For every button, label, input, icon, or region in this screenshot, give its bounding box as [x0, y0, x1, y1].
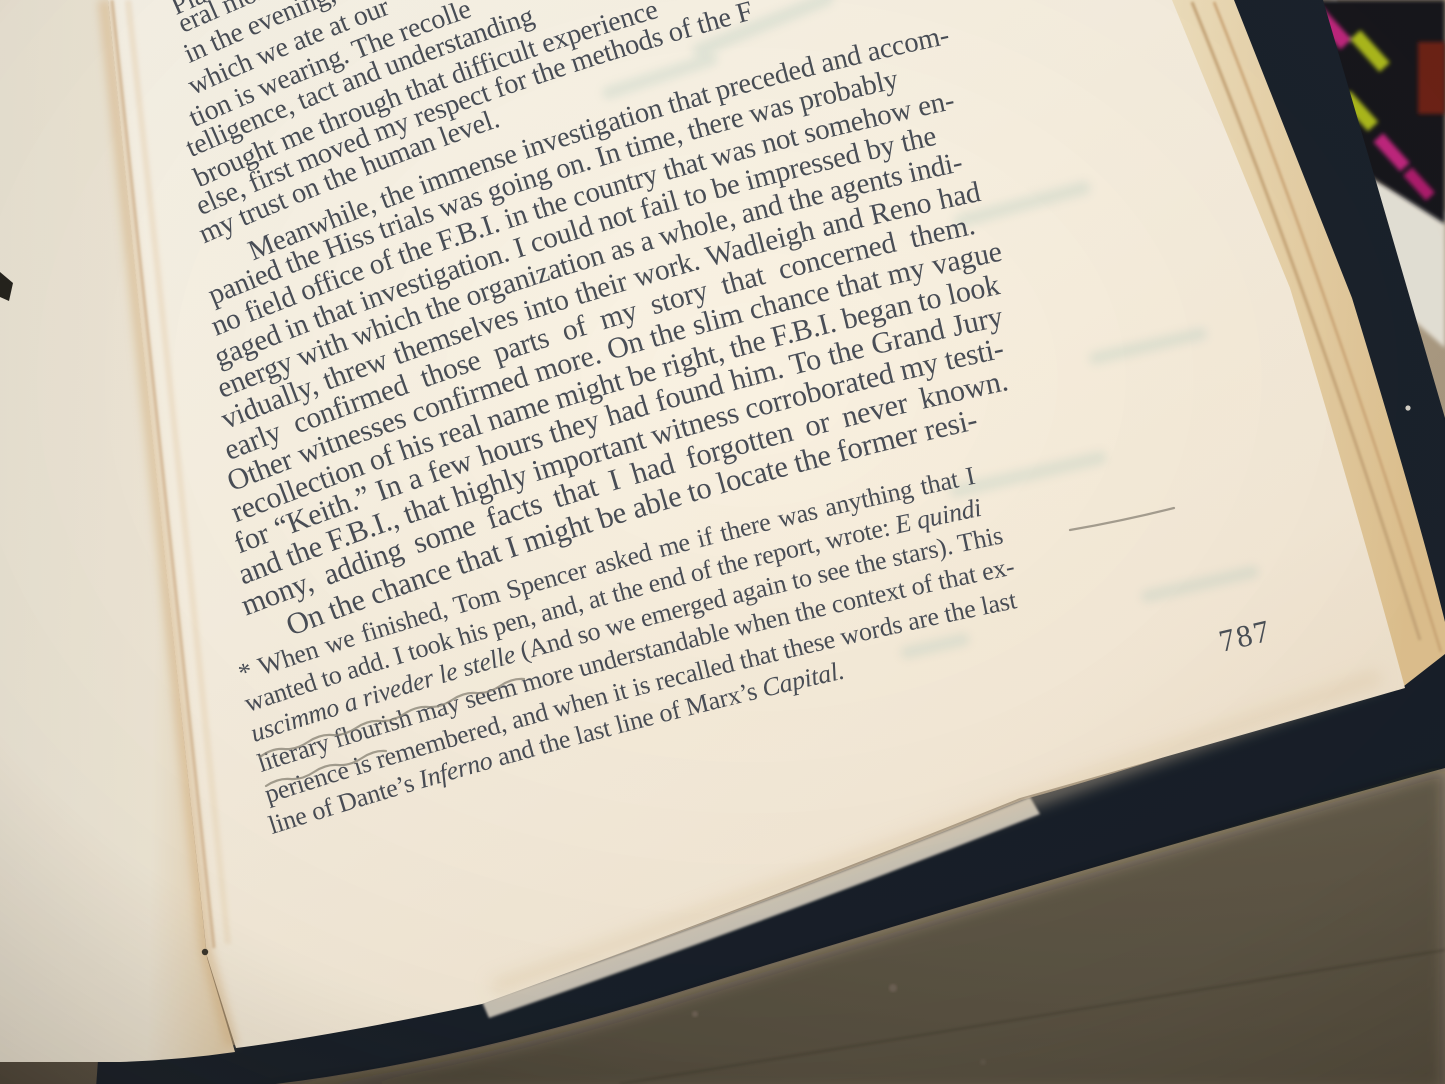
photo-vignette	[0, 0, 1445, 1084]
book-photograph: Planeral montin the evening,which we ate…	[0, 0, 1445, 1084]
photo-canvas: Planeral montin the evening,which we ate…	[0, 0, 1445, 1084]
